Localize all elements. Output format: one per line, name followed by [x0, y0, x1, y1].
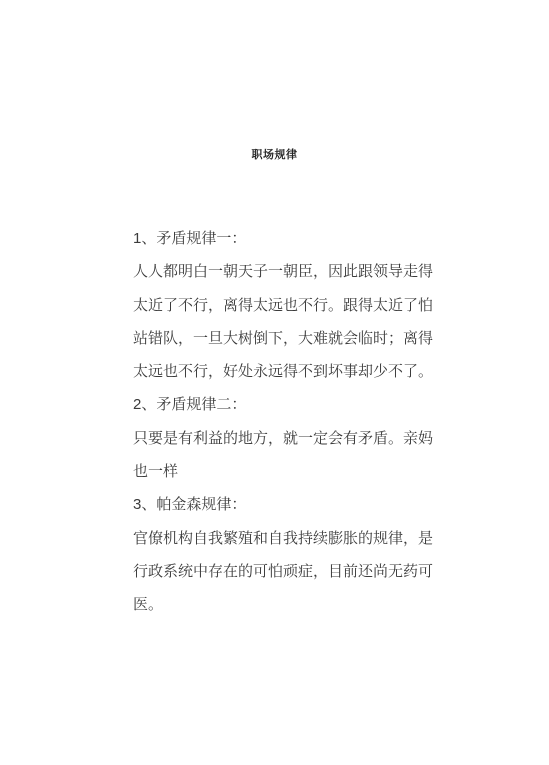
document-title: 职场规律	[0, 146, 549, 162]
document-body: 1、矛盾规律一： 人人都明白一朝天子一朝臣，因此跟领导走得 太近了不行，离得太远…	[133, 222, 453, 622]
document-page: 职场规律 1、矛盾规律一： 人人都明白一朝天子一朝臣，因此跟领导走得 太近了不行…	[0, 0, 549, 765]
body-line: 行政系统中存在的可怕顽症，目前还尚无药可	[133, 555, 453, 588]
body-line: 站错队，一旦大树倒下，大难就会临时；离得	[133, 322, 453, 355]
body-line: 只要是有利益的地方，就一定会有矛盾。亲妈	[133, 422, 453, 455]
body-line: 也一样	[133, 455, 453, 488]
body-line: 医。	[133, 588, 453, 621]
body-line: 人人都明白一朝天子一朝臣，因此跟领导走得	[133, 255, 453, 288]
body-line: 太远也不行，好处永远得不到坏事却少不了。	[133, 355, 453, 388]
heading-line-3: 3、帕金森规律：	[133, 488, 453, 521]
heading-line-2: 2、矛盾规律二：	[133, 388, 453, 421]
heading-line-1: 1、矛盾规律一：	[133, 222, 453, 255]
body-line: 官僚机构自我繁殖和自我持续膨胀的规律，是	[133, 522, 453, 555]
body-line: 太近了不行，离得太远也不行。跟得太近了怕	[133, 289, 453, 322]
